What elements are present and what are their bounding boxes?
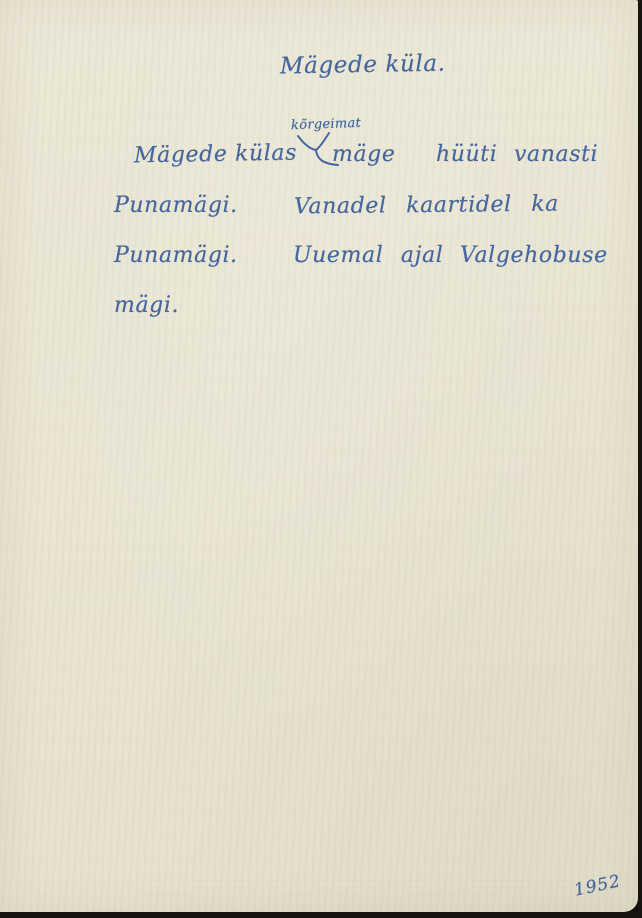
scan-edge-right <box>638 0 642 918</box>
scan-background: { "page": { "title": "Mägede küla.", "in… <box>0 0 642 918</box>
page-title: Mägede küla. <box>280 51 446 80</box>
handwriting-line: Mägede külas mäge hüüti vanasti <box>0 142 638 176</box>
handwritten-text: Valgehobuse <box>460 243 608 268</box>
handwritten-text: Mägede külas <box>134 141 297 169</box>
handwritten-text: Uuemal ajal <box>293 243 443 268</box>
handwritten-text: Punamägi. <box>114 193 238 218</box>
handwritten-text: mägi. <box>114 293 179 318</box>
handwritten-text: Punamägi. <box>114 243 238 268</box>
year-annotation: 1952 <box>572 871 622 900</box>
scan-edge-bottom <box>0 912 642 918</box>
handwritten-text: mäge <box>332 142 395 167</box>
handwritten-text: hüüti vanasti <box>436 142 598 167</box>
handwritten-text: Vanadel kaartidel ka <box>294 192 559 220</box>
handwriting-line: mägi. <box>0 293 638 327</box>
handwriting-line: Punamägi. Vanadel kaartidel ka <box>0 193 638 227</box>
paper: Mägede küla. kõrgeimat Mägede külas mäge… <box>0 0 638 912</box>
handwriting-line: Punamägi. Uuemal ajal Valgehobuse <box>0 243 638 277</box>
